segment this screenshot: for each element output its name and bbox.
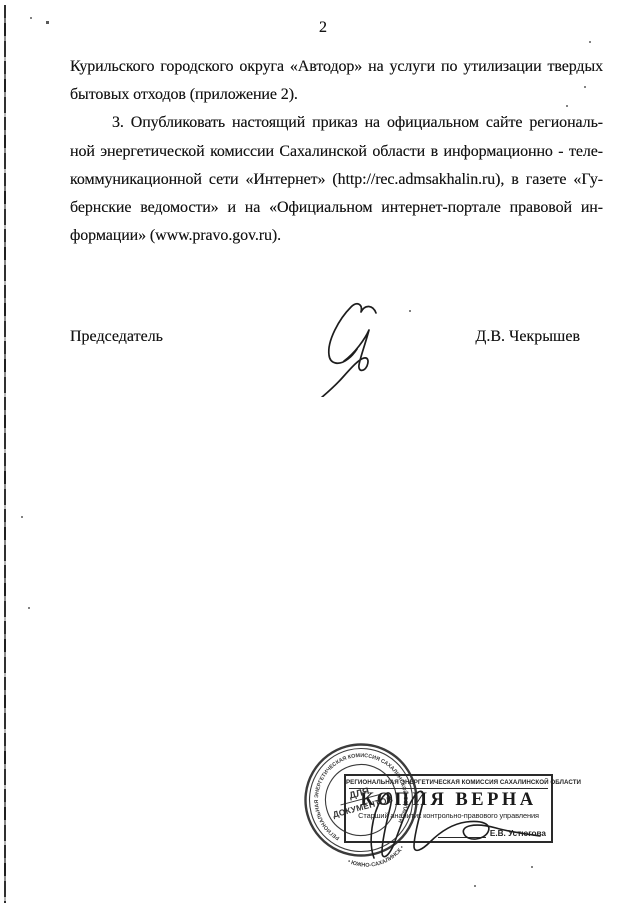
scan-speck xyxy=(46,21,49,24)
paragraph-line: бернские ведомости» и на «Официальном ин… xyxy=(70,194,603,222)
paragraph-line: бытовых отходов (приложение 2). xyxy=(70,81,603,109)
scan-speck xyxy=(566,105,568,107)
paragraph-line: 3. Опубликовать настоящий приказ на офиц… xyxy=(70,109,603,137)
scan-speck xyxy=(30,17,32,19)
scan-edge-line xyxy=(4,5,6,903)
paragraph-line: ной энергетической комиссии Сахалинской … xyxy=(70,138,603,166)
copy-stamp-sign-row: Е.В. Устюгова xyxy=(438,829,546,838)
scan-speck xyxy=(409,310,411,312)
document-body: Курильского городского округа «Автодор» … xyxy=(70,53,603,250)
scan-speck xyxy=(474,885,476,887)
signature-line xyxy=(438,831,486,838)
scan-speck xyxy=(589,41,591,43)
paragraph-line: Курильского городского округа «Автодор» … xyxy=(70,53,603,81)
document-page: 2 Курильского городского округа «Автодор… xyxy=(0,0,640,905)
page-number: 2 xyxy=(70,19,576,37)
round-stamp-ring-text-bottom: • ЮЖНО-САХАЛИНСК • xyxy=(346,844,409,875)
chairman-signature xyxy=(314,297,398,397)
copy-stamp-org: РЕГИОНАЛЬНАЯ ЭНЕРГЕТИЧЕСКАЯ КОМИССИЯ САХ… xyxy=(346,779,551,786)
copy-stamp-signer: Е.В. Устюгова xyxy=(490,829,546,838)
paragraph-line: формации» (www.pravo.gov.ru). xyxy=(70,222,603,250)
scan-speck xyxy=(531,866,533,868)
svg-text:• ЮЖНО-САХАЛИНСК •: • ЮЖНО-САХАЛИНСК • xyxy=(346,844,409,875)
scan-speck xyxy=(28,607,30,609)
copy-stamp-title: КОПИЯ ВЕРНА xyxy=(346,790,551,811)
signoff-name: Д.В. Чекрышев xyxy=(475,328,580,346)
copy-stamp-position: Старший аналитик контрольно-правового уп… xyxy=(346,811,551,820)
paragraph-line: коммуникационной сети «Интернет» (http:/… xyxy=(70,166,603,194)
copy-stamp-rule xyxy=(349,788,548,789)
signoff-title: Председатель xyxy=(70,328,163,346)
scan-speck xyxy=(21,516,23,518)
copy-stamp: РЕГИОНАЛЬНАЯ ЭНЕРГЕТИЧЕСКАЯ КОМИССИЯ САХ… xyxy=(344,774,553,843)
scan-speck xyxy=(584,86,586,88)
